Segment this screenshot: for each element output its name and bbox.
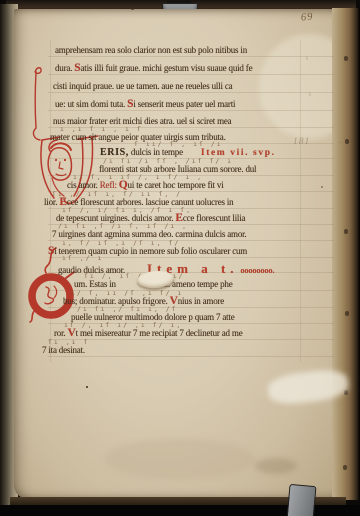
manuscript-text-line: ue: ut sim domi tuta. Si senserit meus p… — [55, 99, 235, 109]
pencil-tick-mark: + — [338, 139, 342, 147]
ruling-line — [48, 339, 334, 340]
metal-clasp-bottom — [286, 484, 316, 516]
fore-edge-mark — [345, 139, 349, 144]
neume-notation: ſ ıı/ ſ , ıſ /ı — [134, 140, 223, 148]
neume-notation: ıſ /, ı/ ſı ı, /ſ ı ſ, — [62, 206, 192, 214]
fore-edge-mark — [344, 229, 348, 234]
neume-notation: ıſ ,/ ı — [62, 254, 103, 262]
neume-notation: ſı ,ı ſ — [48, 338, 89, 346]
neume-notation: /ı ſı ,ſ /ı ſ, ıſ /ı , — [58, 222, 188, 230]
text-segment-ink: ror. — [54, 328, 68, 338]
text-segment-ink: t mei misereatur 7 me recipiat 7 decline… — [76, 328, 243, 338]
text-segment-ink: lior. — [44, 197, 59, 207]
text-segment-ink: ui te caret hoc tempore fit vi — [128, 180, 224, 190]
text-segment-ink: dulcis in tempe — [129, 147, 183, 157]
ink-speck — [86, 386, 88, 388]
ink-speck — [131, 8, 134, 10]
text-segment-red: Refl: — [100, 180, 119, 190]
neume-notation: ı/ ſ, ı ıſ /, ı ſ/ ı , — [73, 173, 203, 181]
parchment-stain — [255, 458, 297, 474]
red-margin-flourish — [28, 64, 44, 142]
text-segment-ink: amprehensam rea solo clarior non est sub… — [55, 45, 247, 55]
manuscript-text-line: cisti inquid praue. ue ue tamen. aue ne … — [53, 81, 232, 91]
ruling-line — [48, 356, 334, 357]
ruling-line-vertical — [300, 40, 301, 362]
text-segment-ink: cce florescunt lilia — [183, 213, 245, 223]
manuscript-text-line: dura. Satis illi fuit graue. michi gestu… — [55, 63, 252, 73]
manuscript-text-line: 7 ita desinat. — [42, 345, 85, 355]
manuscript-text-line: 7 uirgines dant agmina summa deo. carmin… — [52, 229, 247, 239]
ruling-line — [48, 110, 334, 111]
page-fore-edge — [332, 8, 360, 500]
text-segment-ink: atis illi fuit graue. michi gestum visu … — [81, 63, 253, 73]
neume-notation: ıſ /, ıſ ı/ ,ı ſ/ ı, — [64, 321, 182, 329]
manuscript-text-line: amprehensam rea solo clarior non est sub… — [55, 45, 247, 55]
text-segment-ink: i senserit meus pater uel marti — [133, 99, 235, 109]
neume-notation: ı ,ı ſ ı , ı ſ — [60, 125, 143, 133]
text-segment-ink: nius in amore — [178, 296, 224, 306]
fore-edge-mark — [343, 465, 347, 470]
parchment-stain — [104, 439, 254, 479]
fore-edge-mark — [344, 56, 348, 61]
neume-notation: ſı ,/ ıſ ı, ſ/ ıı ſ, / — [52, 190, 182, 198]
text-segment-ink: cis amor. — [67, 180, 100, 190]
text-segment-rubricfill: oooooooo. — [239, 266, 275, 275]
text-segment-ink: cisti inquid praue. ue ue tamen. aue ne … — [53, 81, 232, 91]
text-segment-ink: 7 ita desinat. — [42, 345, 85, 355]
neume-notation: ı/ ſ, ıı /ſ ,ı ſ/ ı — [71, 289, 183, 297]
text-segment-ink: um. Estas in — [74, 279, 116, 289]
text-segment-ink: ue: ut sim domi tuta. — [55, 99, 127, 109]
manuscript-text-line: cis amor. Refl: Qui te caret hoc tempore… — [67, 180, 224, 190]
pencil-tick-mark: ι — [306, 54, 308, 62]
manuscript-photo: 69 181 ι ι + — [0, 0, 360, 516]
ruling-line — [48, 92, 334, 93]
folio-number: 69 — [300, 11, 314, 23]
text-segment-ink: dura. — [55, 63, 74, 73]
ruling-line — [48, 74, 334, 75]
ruling-line — [48, 56, 334, 57]
pencil-tick-mark: ι — [309, 90, 311, 98]
neume-notation: /ı ſı /ı ſſ , /ıſ ſ/ ı — [103, 157, 233, 165]
pencil-annotation: 181 — [293, 137, 310, 147]
manuscript-text-line: ror. Vt mei misereatur 7 me recipiat 7 d… — [54, 328, 243, 338]
neume-notation: ı, ſ/ ıſ ,ı /ſ ı, ſ/ — [62, 239, 180, 247]
fore-edge-mark — [345, 311, 349, 316]
text-segment-ink: 7 uirgines dant agmina summa deo. carmin… — [52, 229, 247, 239]
ink-speck — [321, 186, 323, 188]
neume-notation: /ı ſı ,/ ſı ı, /ſ — [77, 305, 178, 313]
